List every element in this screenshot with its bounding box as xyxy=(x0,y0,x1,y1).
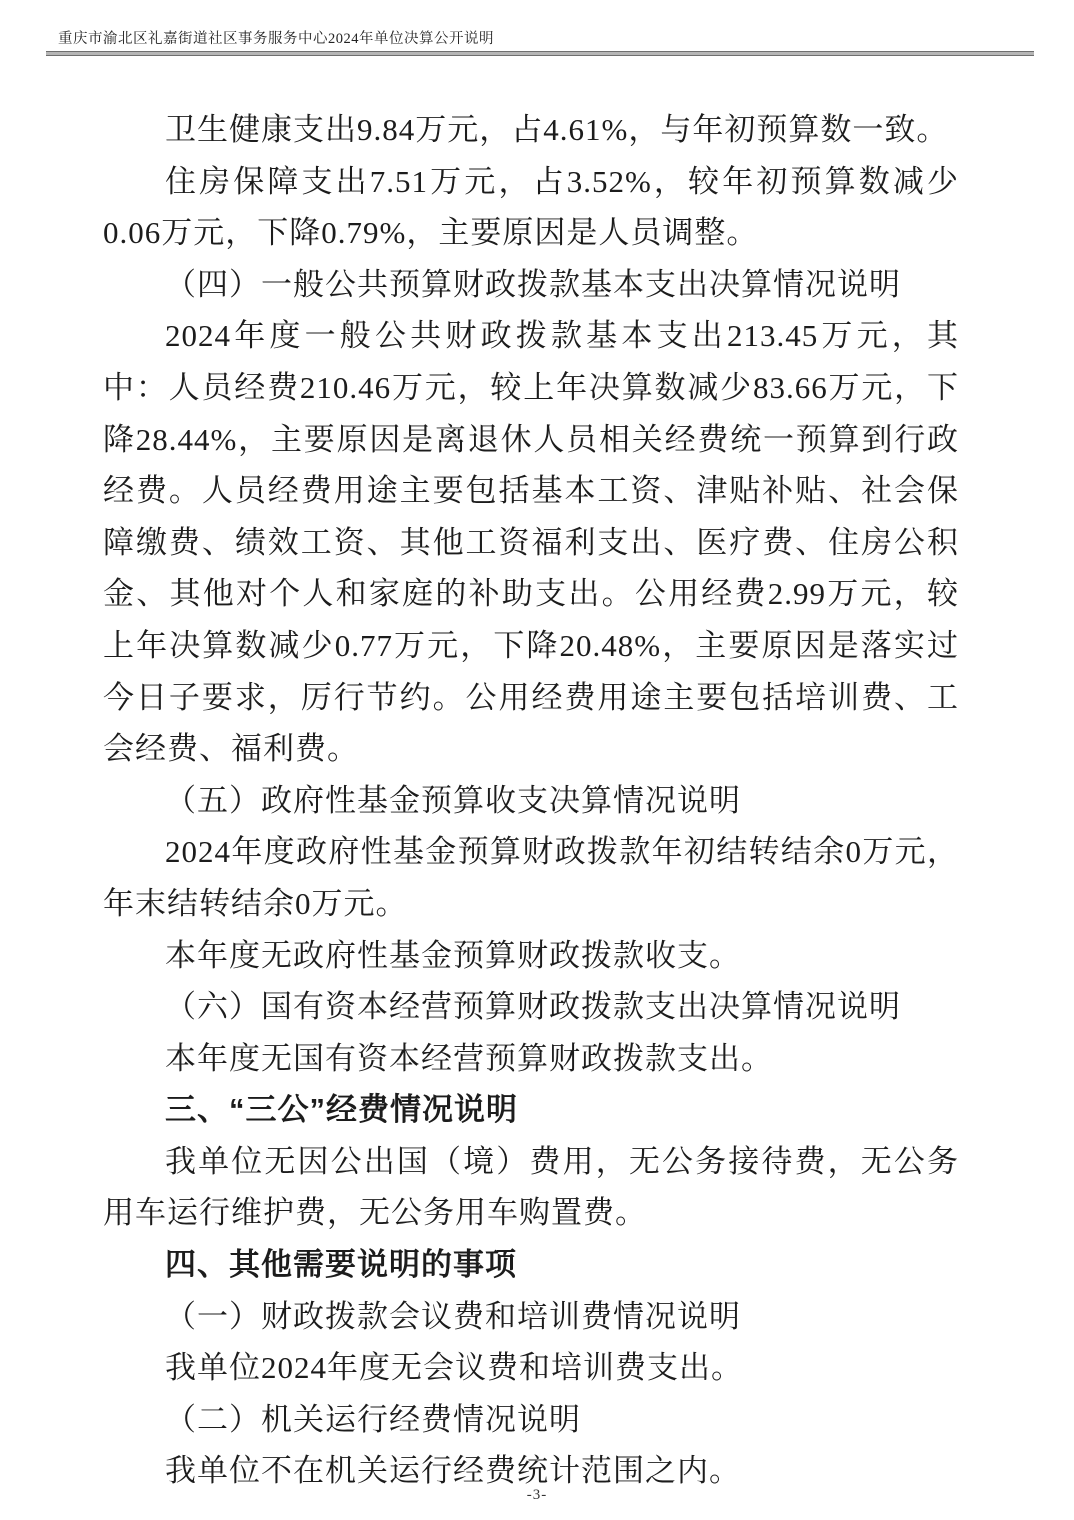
paragraph: 我单位无因公出国（境）费用，无公务接待费，无公务用车运行维护费，无公务用车购置费… xyxy=(103,1136,959,1239)
paragraph: 2024年度政府性基金预算财政拨款年初结转结余0万元，年末结转结余0万元。 xyxy=(103,826,959,929)
page-header-title: 重庆市渝北区礼嘉街道社区事务服务中心2024年单位决算公开说明 xyxy=(58,27,1028,48)
sub-section-heading: （四）一般公共预算财政拨款基本支出决算情况说明 xyxy=(103,259,959,311)
document-page: 重庆市渝北区礼嘉街道社区事务服务中心2024年单位决算公开说明 卫生健康支出9.… xyxy=(0,0,1074,1520)
sub-section-heading: （一）财政拨款会议费和培训费情况说明 xyxy=(103,1291,959,1343)
paragraph: 本年度无国有资本经营预算财政拨款支出。 xyxy=(103,1033,959,1085)
paragraph: 我单位2024年度无会议费和培训费支出。 xyxy=(103,1342,959,1394)
document-body: 卫生健康支出9.84万元，占4.61%，与年初预算数一致。住房保障支出7.51万… xyxy=(103,104,959,1497)
header-divider-rule xyxy=(46,51,1034,56)
sub-section-heading: （五）政府性基金预算收支决算情况说明 xyxy=(103,775,959,827)
paragraph: 2024年度一般公共财政拨款基本支出213.45万元，其中：人员经费210.46… xyxy=(103,310,959,774)
paragraph: 住房保障支出7.51万元，占3.52%，较年初预算数减少0.06万元，下降0.7… xyxy=(103,156,959,259)
paragraph: 卫生健康支出9.84万元，占4.61%，与年初预算数一致。 xyxy=(103,104,959,156)
section-heading: 三、“三公”经费情况说明 xyxy=(103,1084,959,1136)
sub-section-heading: （二）机关运行经费情况说明 xyxy=(103,1394,959,1446)
sub-section-heading: （六）国有资本经营预算财政拨款支出决算情况说明 xyxy=(103,981,959,1033)
section-heading: 四、其他需要说明的事项 xyxy=(103,1239,959,1291)
paragraph: 本年度无政府性基金预算财政拨款收支。 xyxy=(103,930,959,982)
page-number: -3- xyxy=(0,1487,1074,1504)
